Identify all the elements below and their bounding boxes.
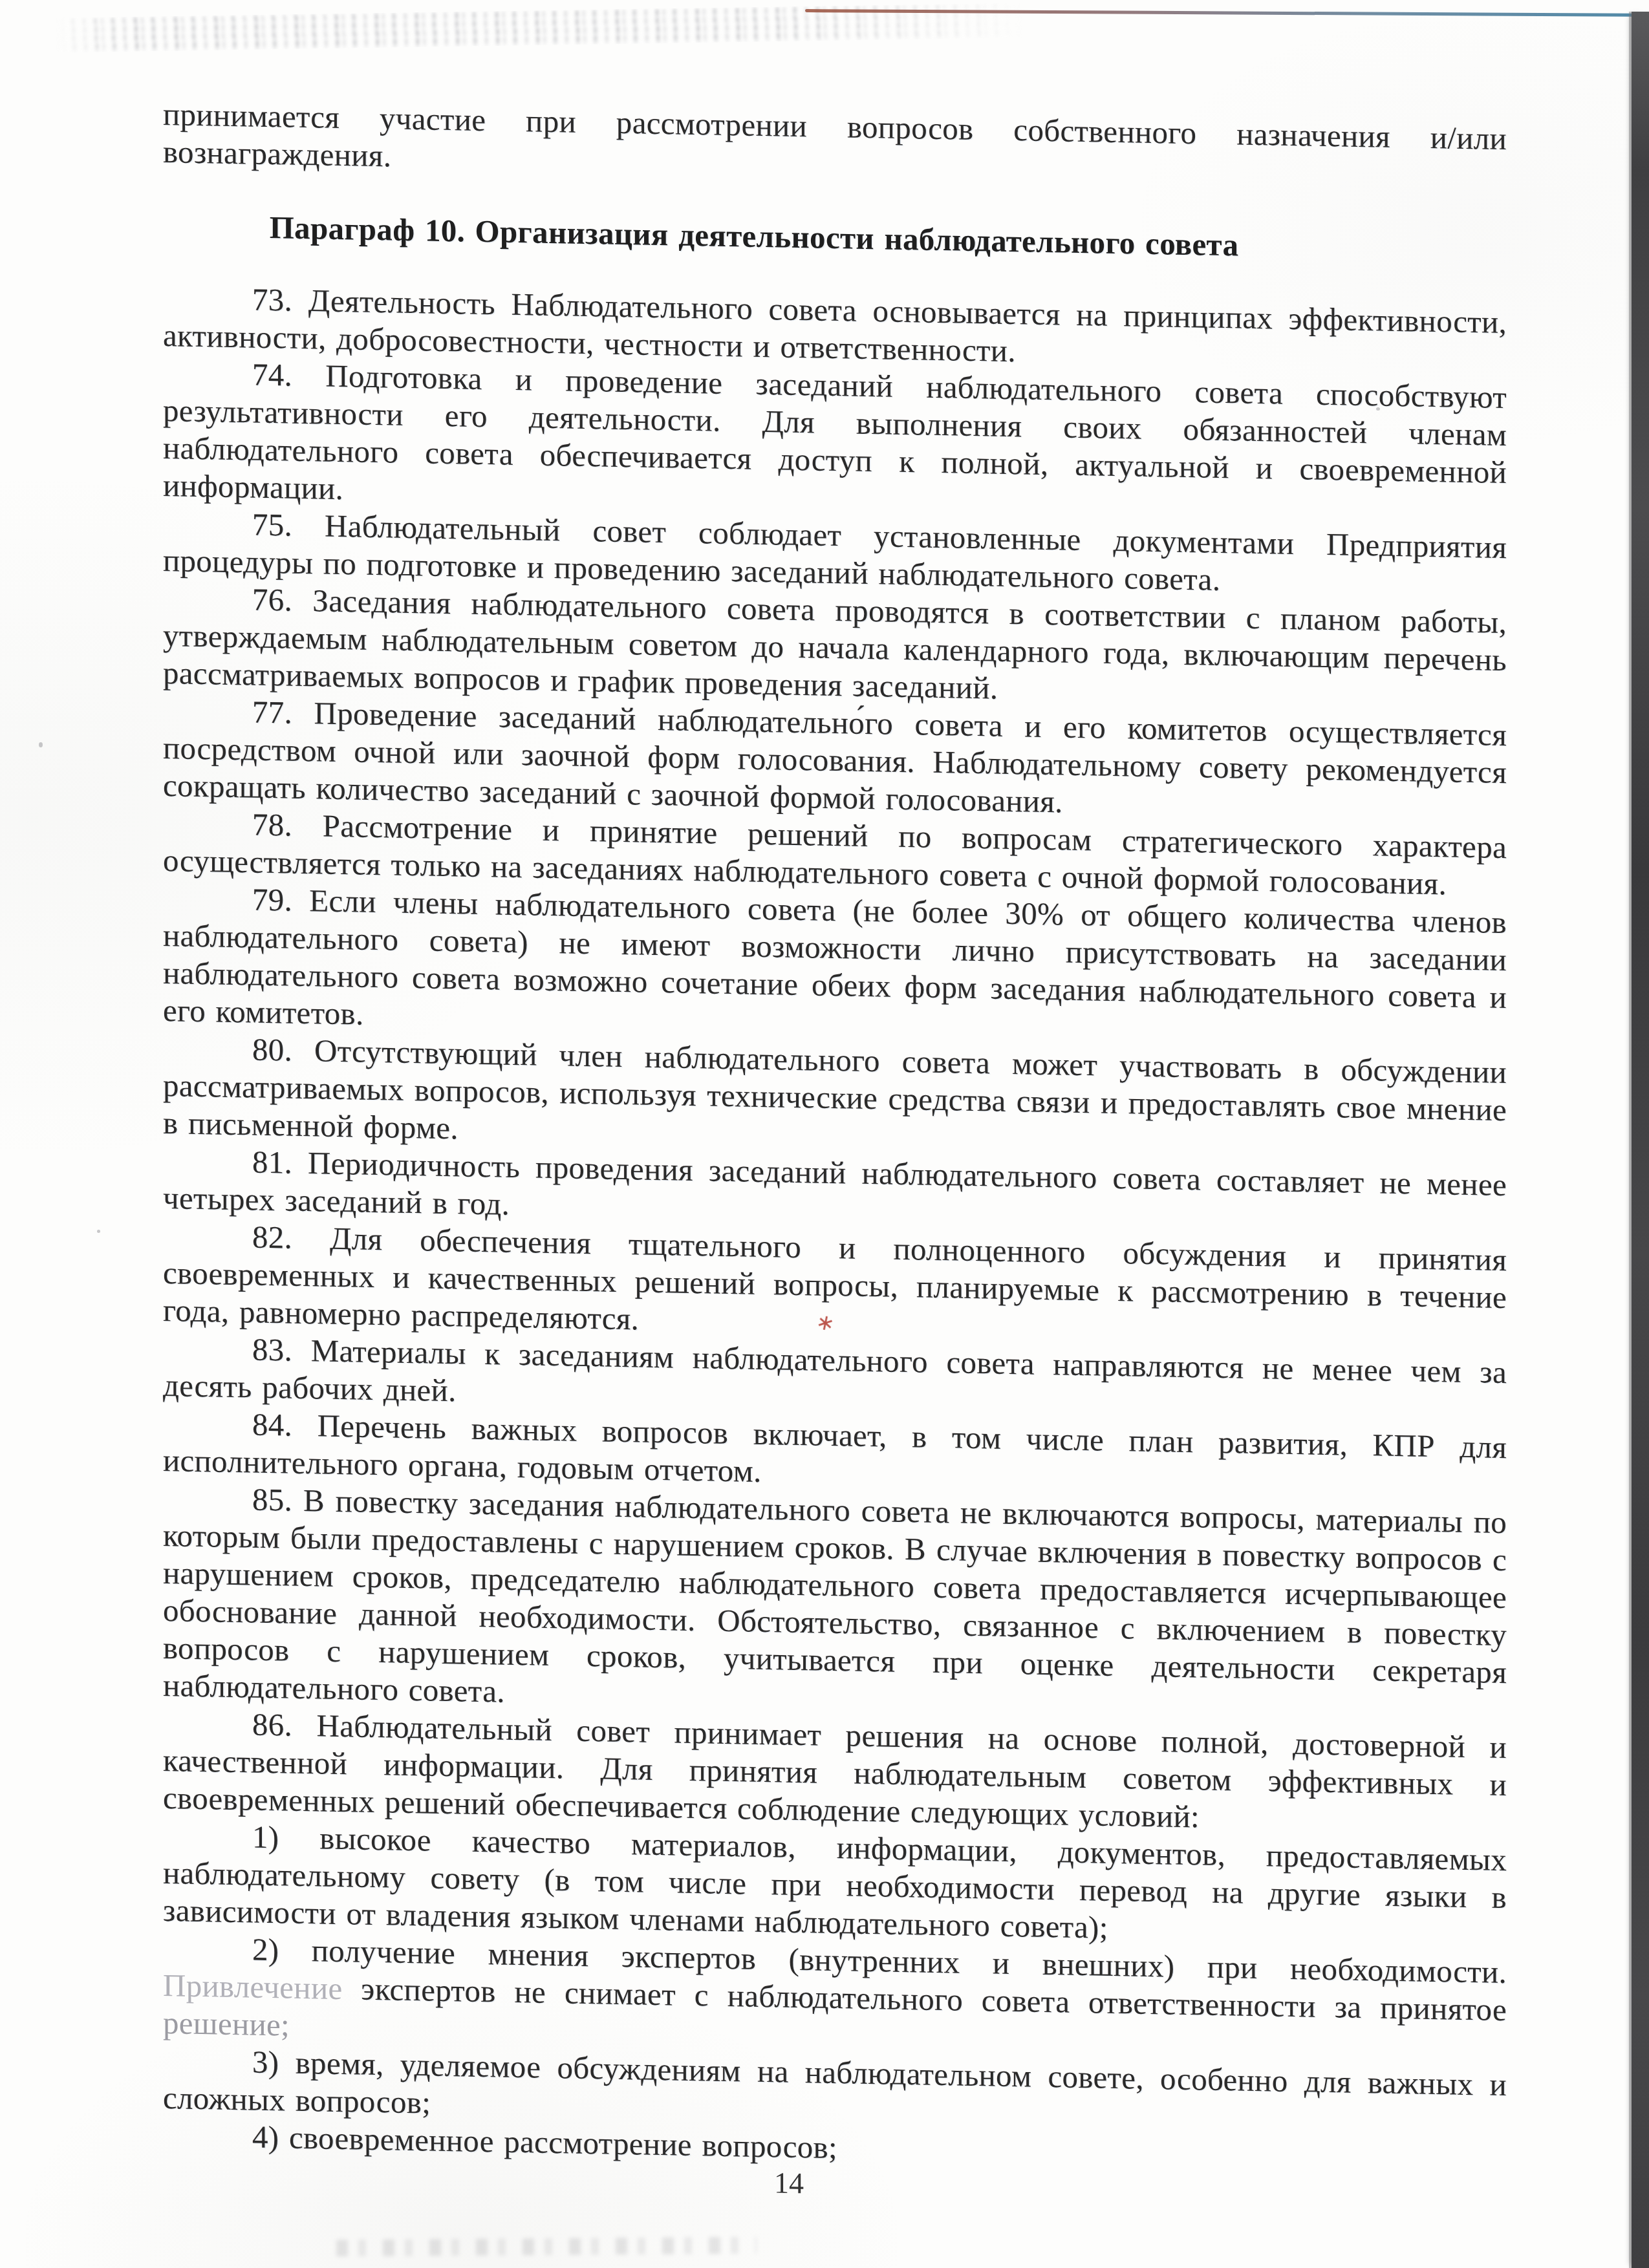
faded-word-tail: решение; (163, 2005, 290, 2043)
page-number: 14 (737, 2165, 841, 2201)
bottom-bleedthrough-smudge (336, 2237, 757, 2257)
scan-speck (39, 742, 43, 747)
paragraph-continuation: принимается участие при рассмотрении воп… (163, 96, 1507, 195)
faded-word: Привлечение (163, 1967, 342, 2006)
paragraph-85: 85. В повестку заседания наблюдательного… (163, 1479, 1507, 1729)
scan-speck (1376, 407, 1380, 411)
paragraph-79: 79. Если члены наблюдательного совета (н… (163, 879, 1507, 1054)
scan-right-edge-strip (1632, 12, 1649, 2268)
scanned-document-page: принимается участие при рассмотрении воп… (0, 0, 1649, 2268)
scan-speck (97, 1230, 100, 1233)
section-heading: Параграф 10. Организация деятельности на… (163, 207, 1345, 266)
paragraph-74: 74. Подготовка и проведение заседаний на… (163, 354, 1507, 529)
document-body: принимается участие при рассмотрении воп… (163, 96, 1507, 2179)
